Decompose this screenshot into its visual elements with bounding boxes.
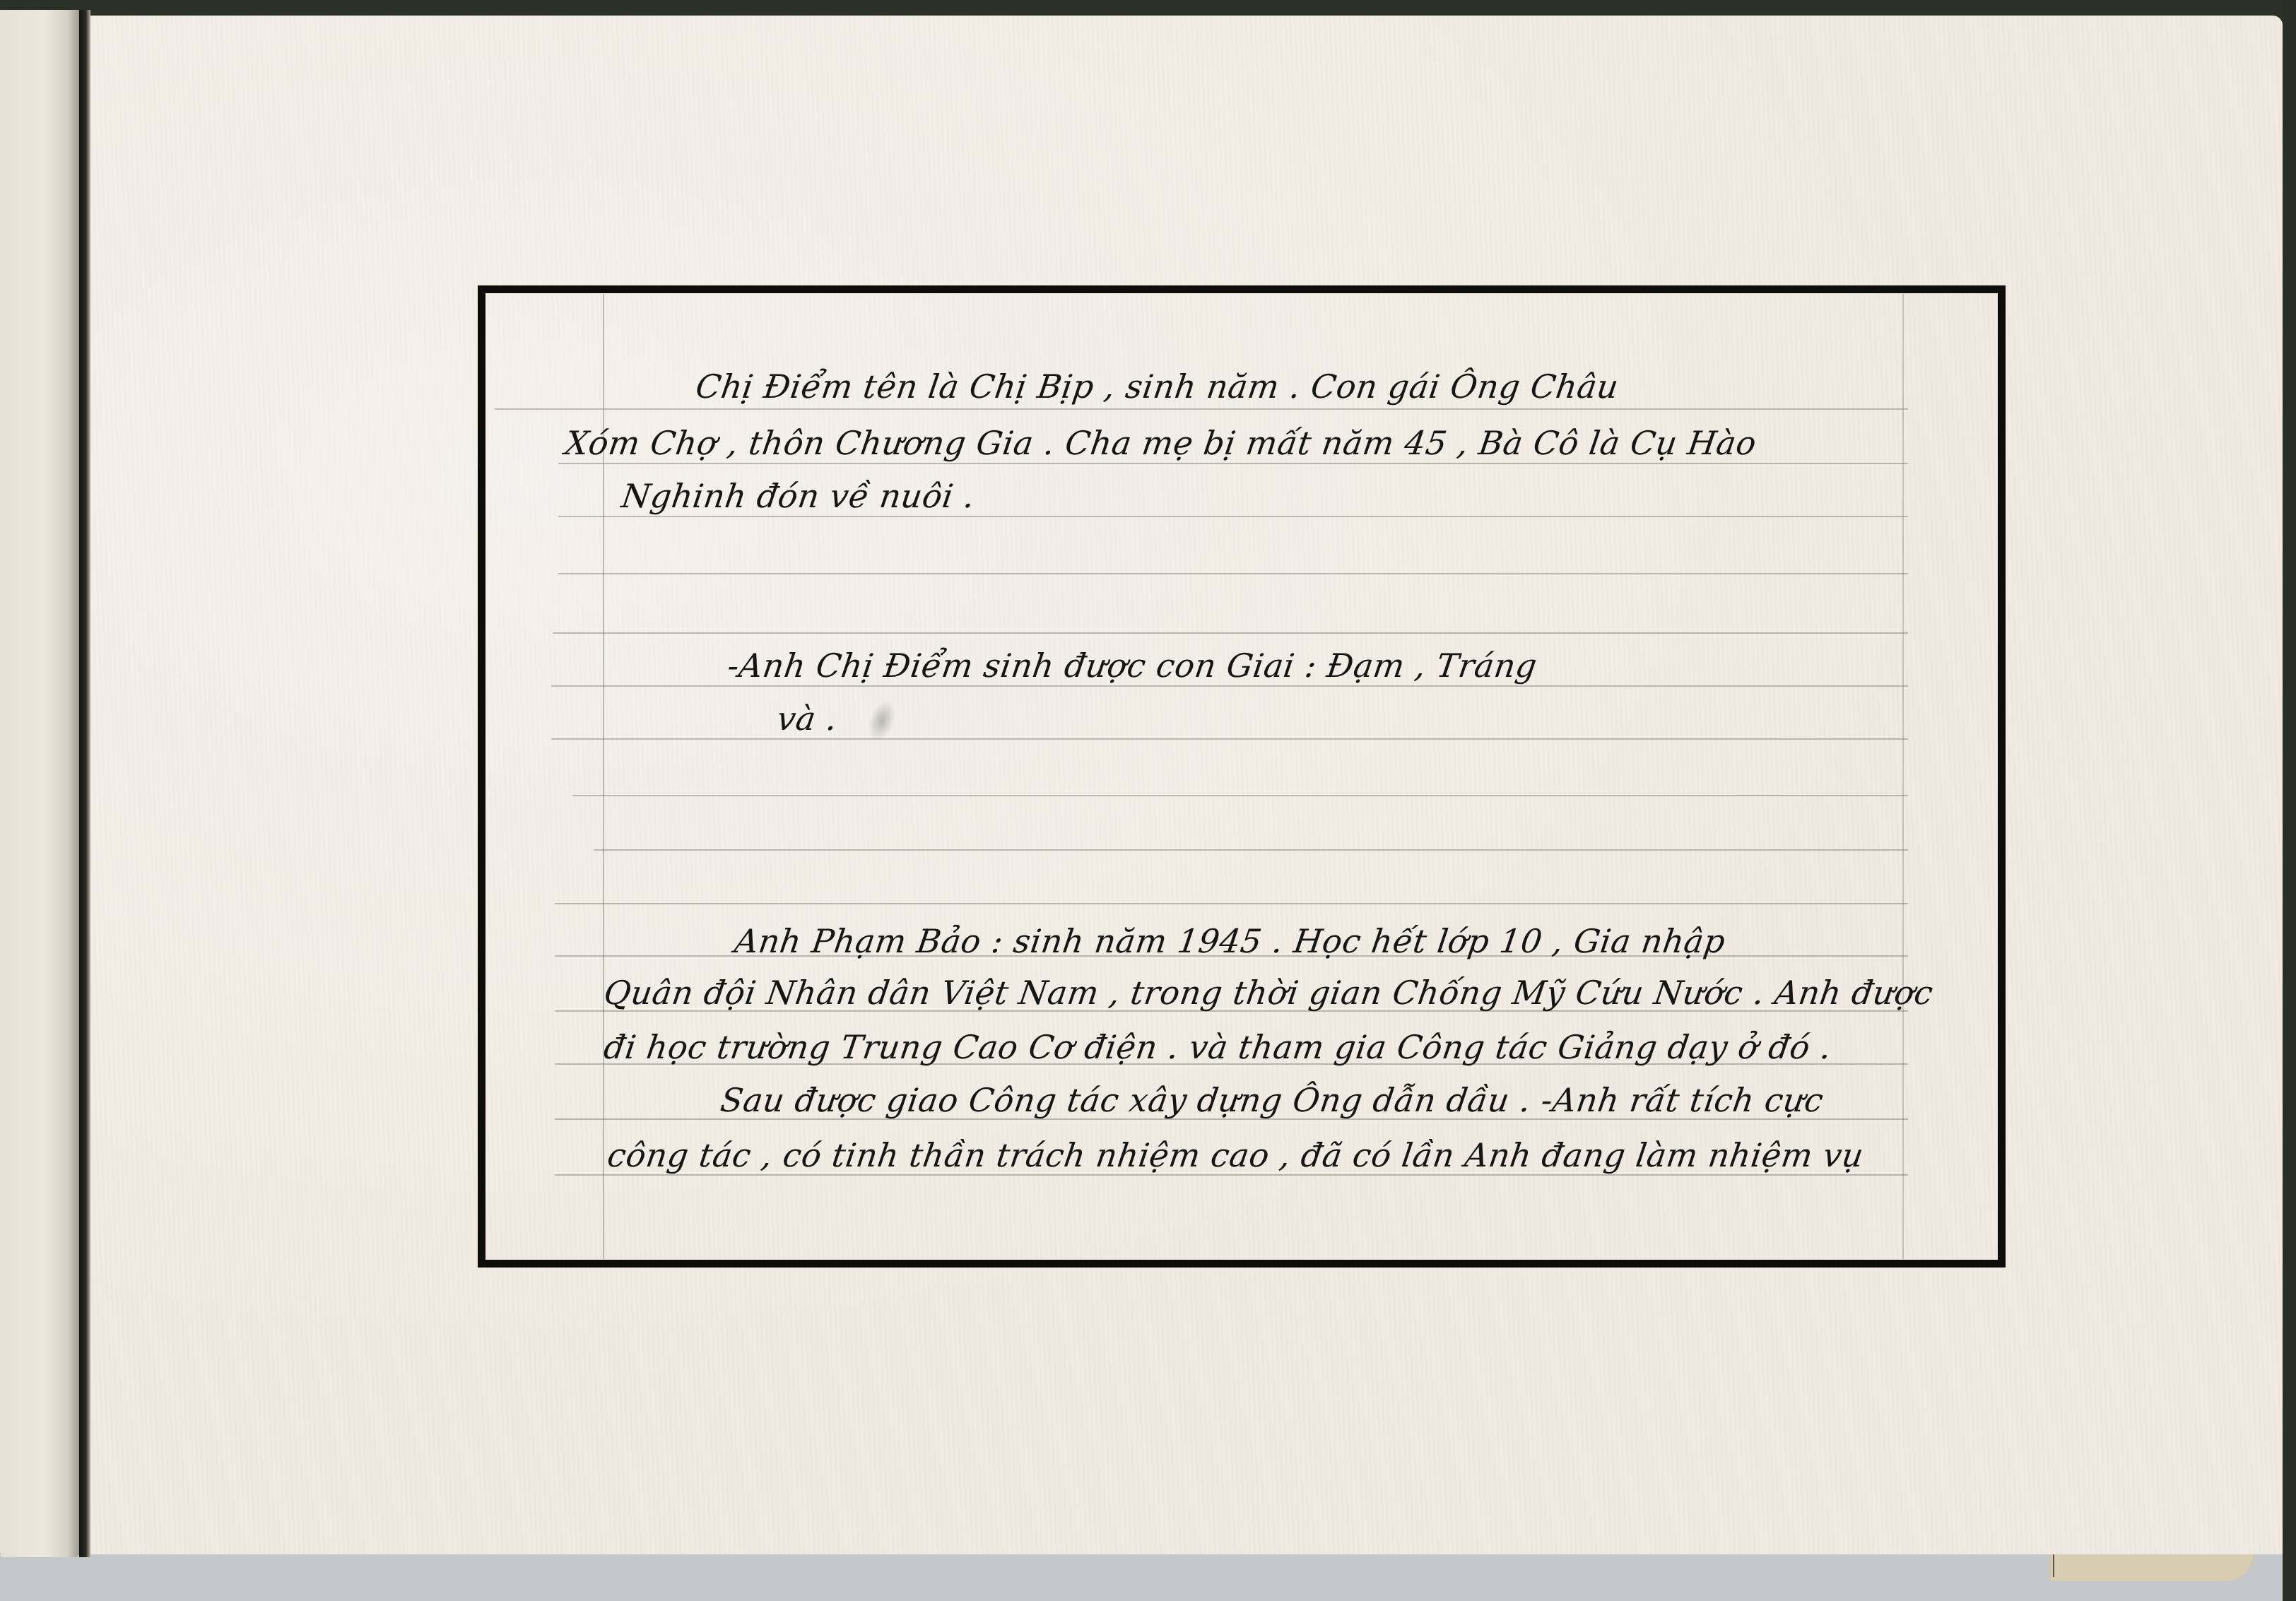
- handwritten-line: đi học trường Trung Cao Cơ điện . và tha…: [601, 1028, 1834, 1066]
- right-margin-line: [1902, 294, 1904, 1259]
- ruled-line: [555, 1174, 1908, 1176]
- ruled-line: [551, 685, 1908, 687]
- ruled-line: [551, 738, 1908, 740]
- scan-edge: [2283, 0, 2296, 1601]
- previous-page-flap: [0, 10, 79, 1557]
- ruled-line: [558, 463, 1908, 464]
- handwritten-line: Xóm Chợ , thôn Chương Gia . Cha mẹ bị mấ…: [563, 424, 1759, 462]
- ruled-line: [555, 903, 1908, 904]
- handwritten-line: Sau được giao Công tác xây dựng Ông dẫn …: [718, 1081, 1826, 1119]
- ruled-line: [558, 573, 1908, 574]
- handwritten-line: Quân đội Nhân dân Việt Nam , trong thời …: [601, 974, 1936, 1012]
- ruled-line: [495, 408, 1908, 410]
- handwritten-line: Chị Điểm tên là Chị Bịp , sinh năm . Con…: [693, 367, 1621, 406]
- handwritten-line: -Anh Chị Điểm sinh được con Giai : Đạm ,…: [725, 646, 1539, 685]
- book-gutter: [79, 10, 90, 1557]
- ruled-line: [572, 795, 1908, 796]
- ruled-line: [553, 632, 1908, 634]
- scan-background: [0, 1554, 2296, 1601]
- handwritten-line: Anh Phạm Bảo : sinh năm 1945 . Học hết l…: [732, 922, 1728, 960]
- handwritten-line: Nghinh đón về nuôi .: [619, 477, 977, 515]
- ruled-line: [558, 516, 1908, 517]
- ruled-line: [594, 849, 1908, 851]
- handwritten-line: và .: [775, 699, 840, 738]
- handwritten-line: công tác , có tinh thần trách nhiệm cao …: [605, 1136, 1866, 1174]
